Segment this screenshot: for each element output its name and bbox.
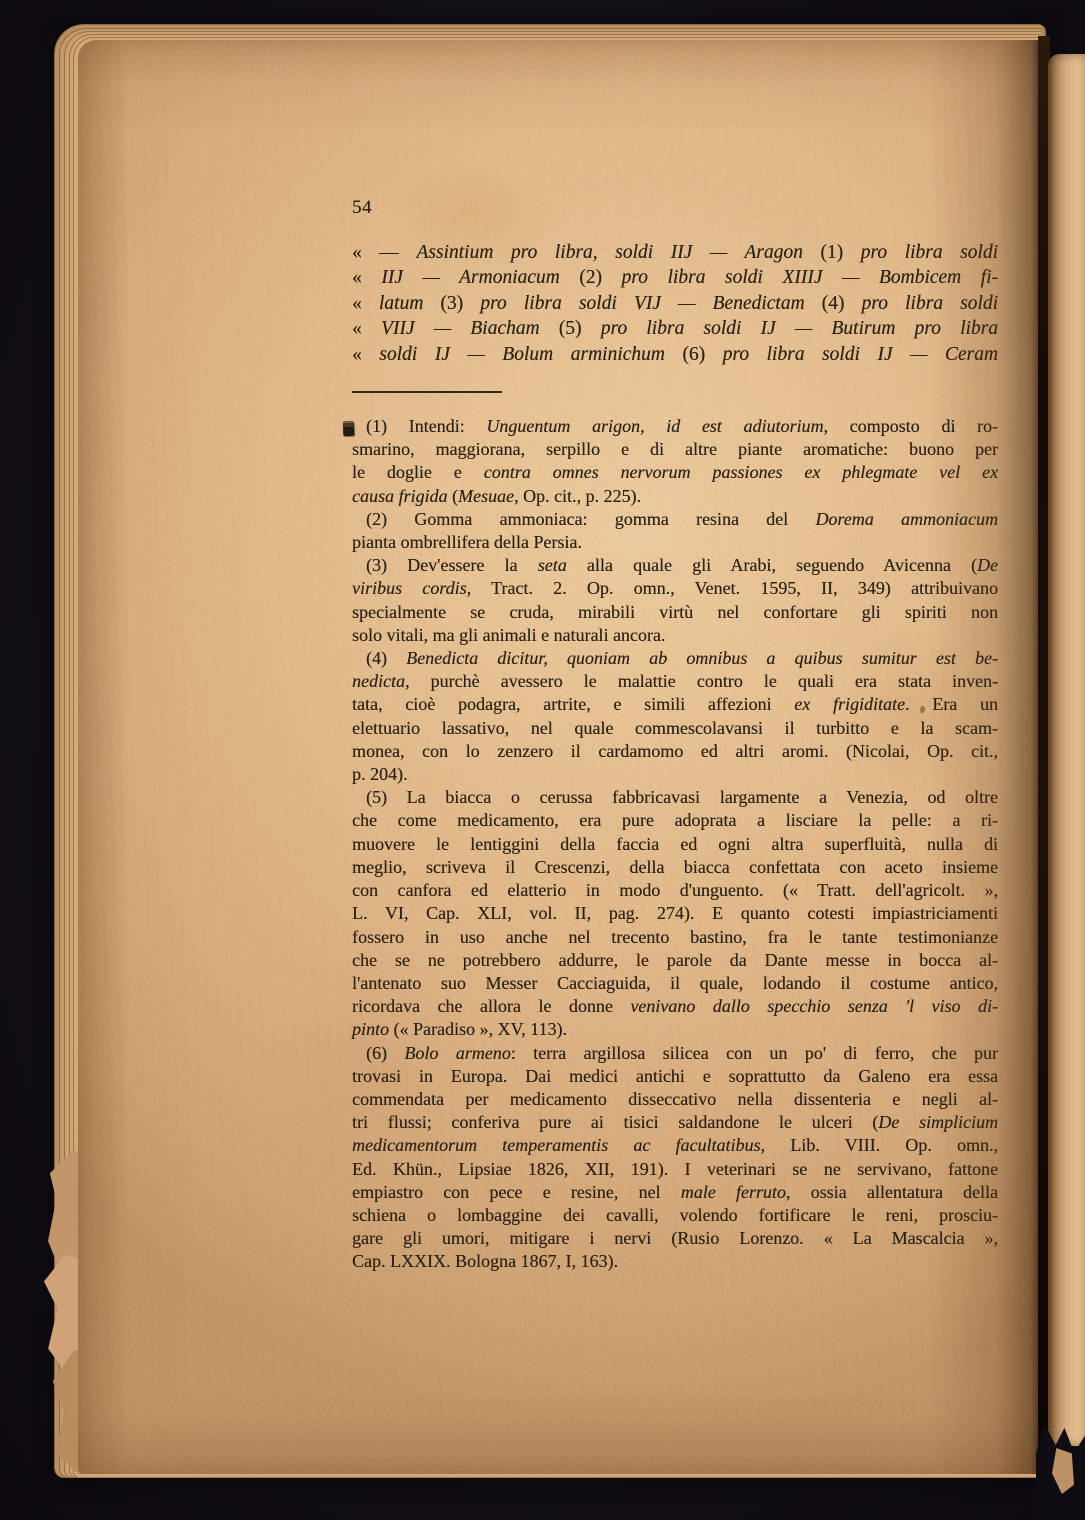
footnote-3: (3) Dev'essere la seta alla quale gli Ar… <box>352 554 998 647</box>
text-line: « IIJ — Armoniacum (2) pro libra soldi X… <box>352 265 998 290</box>
text-line: ricordava che allora le donne venivano d… <box>352 995 998 1018</box>
text-line: tri flussi; conferiva pure ai tisici sal… <box>352 1111 998 1134</box>
text-line: pinto (« Paradiso », XV, 113). <box>352 1018 998 1041</box>
page-content: 54 « — Assintium pro libra, soldi IIJ — … <box>352 196 998 1274</box>
text-line: medicamentorum temperamentis ac facultat… <box>352 1134 998 1157</box>
text-line: con canfora ed elatterio in modo d'ungue… <box>352 879 998 902</box>
footnote-1: (1) Intendi: Unguentum arigon, id est ad… <box>352 415 998 508</box>
text-line: « — Assintium pro libra, soldi IIJ — Ara… <box>352 240 998 265</box>
text-line: gare gli umori, mitigare i nervi (Rusio … <box>352 1227 998 1250</box>
text-line: « VIIJ — Biacham (5) pro libra soldi IJ … <box>352 316 998 341</box>
text-line: fossero in uso anche nel trecento bastin… <box>352 926 998 949</box>
text-line: L. VI, Cap. XLI, vol. II, pag. 274). E q… <box>352 902 998 925</box>
text-line: schiena o lombaggine dei cavalli, volend… <box>352 1204 998 1227</box>
text-line: empiastro con pece e resine, nel male fe… <box>352 1181 998 1204</box>
text-line: muovere le lentiggini della faccia ed og… <box>352 833 998 856</box>
text-line: (4) Benedicta dicitur, quoniam ab omnibu… <box>352 647 998 670</box>
text-line: (5) La biacca o cerussa fabbricavasi lar… <box>352 786 998 809</box>
text-line: pianta ombrellifera della Persia. <box>352 531 998 554</box>
quoted-passage: « — Assintium pro libra, soldi IIJ — Ara… <box>352 240 998 367</box>
book-page: 54 « — Assintium pro libra, soldi IIJ — … <box>78 40 1044 1474</box>
text-line: nedicta, purchè avessero le malattie con… <box>352 670 998 693</box>
footnote-2: (2) Gomma ammoniaca: gomma resina del Do… <box>352 508 998 554</box>
text-line: (6) Bolo armeno: terra argillosa silicea… <box>352 1042 998 1065</box>
footnote-5: (5) La biacca o cerussa fabbricavasi lar… <box>352 786 998 1041</box>
text-line: p. 204). <box>352 763 998 786</box>
text-line: l'antenato suo Messer Cacciaguida, il qu… <box>352 972 998 995</box>
text-line: (2) Gomma ammoniaca: gomma resina del Do… <box>352 508 998 531</box>
footnote-rule <box>352 391 502 393</box>
text-line: trovasi in Europa. Dai medici antichi e … <box>352 1065 998 1088</box>
text-line: « latum (3) pro libra soldi VIJ — Benedi… <box>352 291 998 316</box>
scanned-book-page: 54 « — Assintium pro libra, soldi IIJ — … <box>0 0 1085 1520</box>
text-line: Ed. Khün., Lipsiae 1826, XII, 191). I ve… <box>352 1158 998 1181</box>
text-line: specialmente se cruda, mirabili virtù ne… <box>352 601 998 624</box>
text-line: monea, con lo zenzero il cardamomo ed al… <box>352 740 998 763</box>
page-number: 54 <box>352 196 998 220</box>
text-line: commendata per medicamento disseccativo … <box>352 1088 998 1111</box>
text-line: che se ne potrebbero addurre, le parole … <box>352 949 998 972</box>
text-line: (3) Dev'essere la seta alla quale gli Ar… <box>352 554 998 577</box>
ink-blot-mark <box>343 421 355 436</box>
text-line: solo vitali, ma gli animali e naturali a… <box>352 624 998 647</box>
footnotes-section: (1) Intendi: Unguentum arigon, id est ad… <box>352 415 998 1274</box>
text-line: causa frigida (Mesuae, Op. cit., p. 225)… <box>352 485 998 508</box>
footnote-6: (6) Bolo armeno: terra argillosa silicea… <box>352 1042 998 1274</box>
text-line: smarino, maggiorana, serpillo e di altre… <box>352 438 998 461</box>
text-line: Cap. LXXIX. Bologna 1867, I, 163). <box>352 1250 998 1273</box>
footnote-4: (4) Benedicta dicitur, quoniam ab omnibu… <box>352 647 998 786</box>
text-line: che come medicamento, era pure adoprata … <box>352 809 998 832</box>
text-line: (1) Intendi: Unguentum arigon, id est ad… <box>352 415 998 438</box>
text-line: le doglie e contra omnes nervorum passio… <box>352 461 998 484</box>
text-line: tata, cioè podagra, artrite, e simili af… <box>352 693 998 716</box>
text-line: viribus cordis, Tract. 2. Op. omn., Vene… <box>352 577 998 600</box>
text-line: « soldi IJ — Bolum arminichum (6) pro li… <box>352 342 998 367</box>
text-line: elettuario lassativo, nel quale commesco… <box>352 717 998 740</box>
text-line: meglio, scriveva il Crescenzi, della bia… <box>352 856 998 879</box>
adjacent-page-sliver <box>1048 54 1085 1446</box>
